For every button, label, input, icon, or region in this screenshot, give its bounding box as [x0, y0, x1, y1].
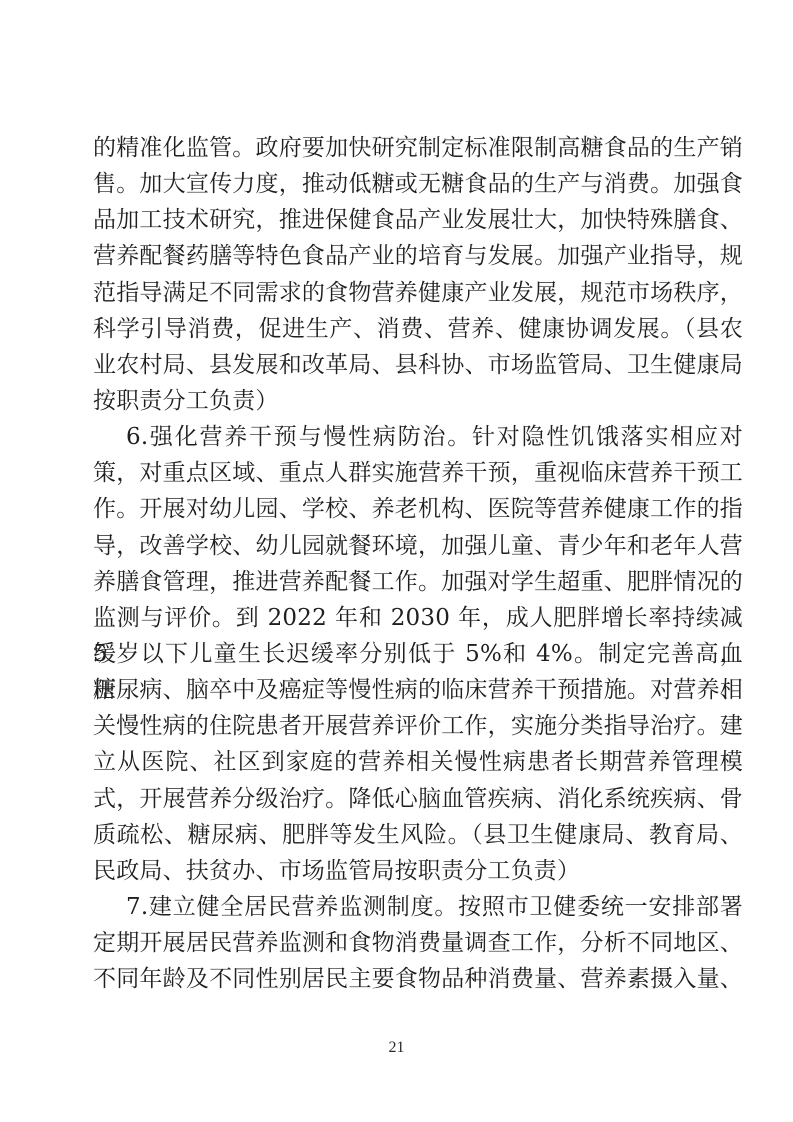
text-line: 作。开展对幼儿园、学校、养老机构、医院等营养健康工作的指	[93, 491, 743, 527]
text-line: 定期开展居民营养监测和食物消费量调查工作，分析不同地区、	[93, 925, 743, 961]
paragraph-item-7: 7.建立健全居民营养监测制度。按照市卫健委统一安排部署 定期开展居民营养监测和食…	[93, 889, 743, 997]
text-line: 范指导满足不同需求的食物营养健康产业发展，规范市场秩序，	[93, 275, 743, 311]
text-line: 质疏松、糖尿病、肥胖等发生风险。（县卫生健康局、教育局、	[93, 817, 743, 853]
text-line: 式，开展营养分级治疗。降低心脑血管疾病、消化系统疾病、骨	[93, 781, 743, 817]
text-line: 糖尿病、脑卒中及癌症等慢性病的临床营养干预措施。对营养相	[93, 672, 743, 708]
text-line: 导，改善学校、幼儿园就餐环境，加强儿童、青少年和老年人营	[93, 528, 743, 564]
text-line: 监测与评价。到 2022 年和 2030 年，成人肥胖增长率持续减缓，	[93, 600, 743, 636]
text-line: 民政局、扶贫办、市场监管局按职责分工负责）	[93, 853, 743, 889]
text-line: 按职责分工负责）	[93, 383, 743, 419]
page-number: 21	[0, 1039, 793, 1057]
text-line: 科学引导消费，促进生产、消费、营养、健康协调发展。（县农	[93, 311, 743, 347]
paragraph-item-6: 6.强化营养干预与慢性病防治。针对隐性饥饿落实相应对 策，对重点区域、重点人群实…	[93, 419, 743, 889]
text-line: 养膳食管理，推进营养配餐工作。加强对学生超重、肥胖情况的	[93, 564, 743, 600]
paragraph-continuation: 的精准化监管。政府要加快研究制定标准限制高糖食品的生产销 售。加大宣传力度，推动…	[93, 130, 743, 419]
text-line: 关慢性病的住院患者开展营养评价工作，实施分类指导治疗。建	[93, 708, 743, 744]
text-line: 7.建立健全居民营养监测制度。按照市卫健委统一安排部署	[93, 889, 743, 925]
text-line: 6.强化营养干预与慢性病防治。针对隐性饥饿落实相应对	[93, 419, 743, 455]
text-line: 5 岁以下儿童生长迟缓率分别低于 5%和 4%。制定完善高血压、	[93, 636, 743, 672]
text-line: 品加工技术研究，推进保健食品产业发展壮大，加快特殊膳食、	[93, 202, 743, 238]
document-body: 的精准化监管。政府要加快研究制定标准限制高糖食品的生产销 售。加大宣传力度，推动…	[93, 130, 743, 997]
text-line: 营养配餐药膳等特色食品产业的培育与发展。加强产业指导，规	[93, 238, 743, 274]
document-page: 的精准化监管。政府要加快研究制定标准限制高糖食品的生产销 售。加大宣传力度，推动…	[0, 0, 793, 1122]
text-line: 立从医院、社区到家庭的营养相关慢性病患者长期营养管理模	[93, 744, 743, 780]
text-line: 售。加大宣传力度，推动低糖或无糖食品的生产与消费。加强食	[93, 166, 743, 202]
text-line: 不同年龄及不同性别居民主要食物品种消费量、营养素摄入量、	[93, 961, 743, 997]
text-line: 策，对重点区域、重点人群实施营养干预，重视临床营养干预工	[93, 455, 743, 491]
text-line: 业农村局、县发展和改革局、县科协、市场监管局、卫生健康局	[93, 347, 743, 383]
text-line: 的精准化监管。政府要加快研究制定标准限制高糖食品的生产销	[93, 130, 743, 166]
